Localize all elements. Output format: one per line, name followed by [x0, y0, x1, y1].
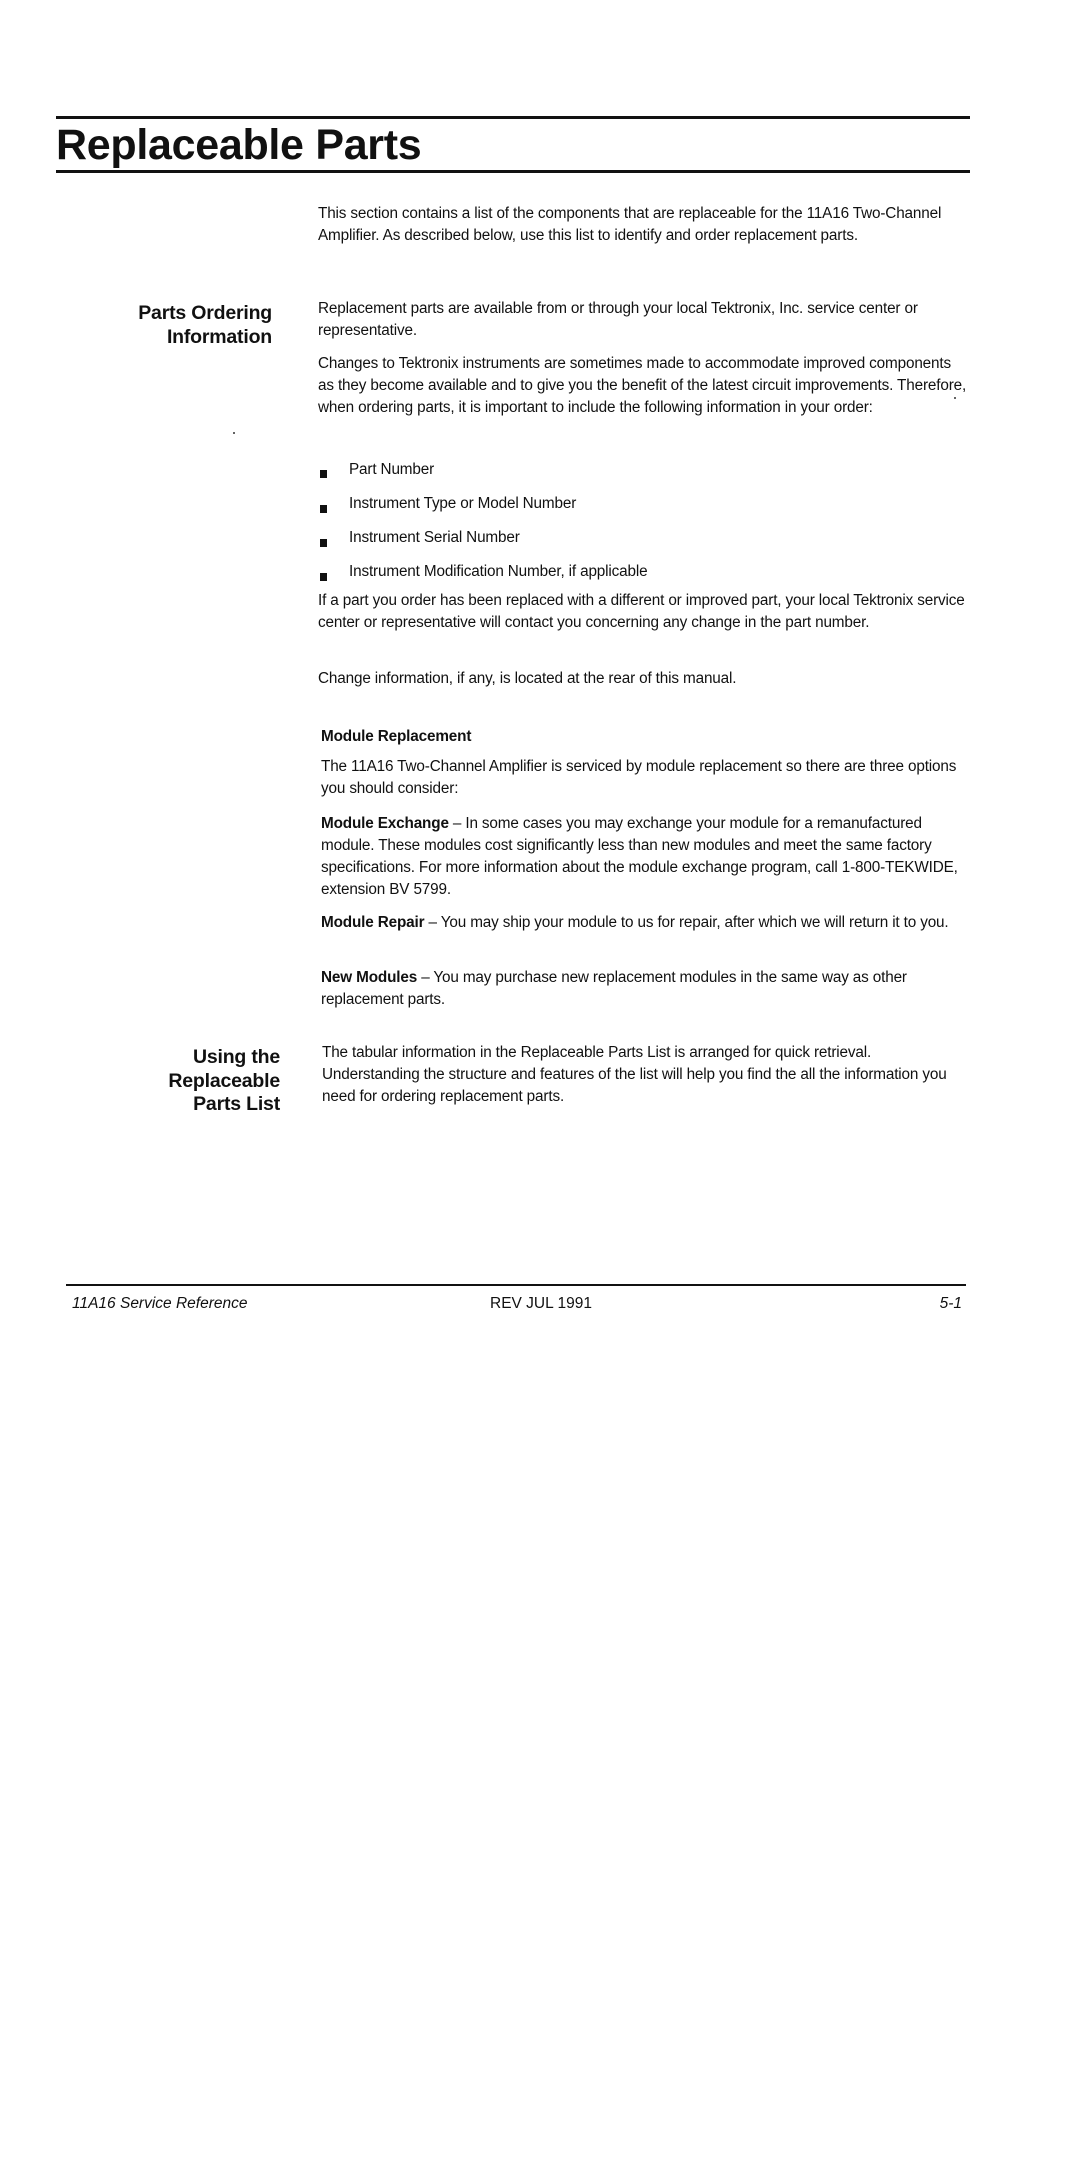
module-option-exchange: Module Exchange – In some cases you may …	[321, 813, 971, 901]
using-parts-list-paragraph: The tabular information in the Replaceab…	[322, 1042, 972, 1108]
footer-revision: REV JUL 1991	[490, 1293, 592, 1315]
footer-manual-title: 11A16 Service Reference	[72, 1293, 247, 1315]
bullet-icon	[320, 539, 327, 547]
parts-ordering-para-2: Changes to Tektronix instruments are som…	[318, 353, 968, 419]
parts-ordering-para-3: If a part you order has been replaced wi…	[318, 590, 968, 634]
module-option-repair: Module Repair – You may ship your module…	[321, 912, 971, 934]
option-label: New Modules	[321, 969, 417, 986]
parts-ordering-para-4: Change information, if any, is located a…	[318, 668, 968, 690]
module-replacement-intro: The 11A16 Two-Channel Amplifier is servi…	[321, 756, 971, 800]
heading-line: Using the	[40, 1046, 280, 1070]
heading-line: Information	[32, 326, 272, 350]
list-item: Instrument Serial Number	[349, 527, 520, 549]
heading-line: Parts Ordering	[32, 302, 272, 326]
list-item: Instrument Type or Model Number	[349, 493, 576, 515]
title-bottom-rule	[56, 170, 970, 173]
bullet-icon	[320, 470, 327, 478]
bullet-icon	[320, 505, 327, 513]
scan-speck	[954, 397, 956, 399]
heading-line: Parts List	[40, 1093, 280, 1117]
option-label: Module Exchange	[321, 815, 449, 832]
option-separator: –	[424, 914, 440, 931]
footer-rule	[66, 1284, 966, 1286]
section-heading-using-parts-list: Using the Replaceable Parts List	[40, 1046, 280, 1117]
option-label: Module Repair	[321, 914, 424, 931]
page-title: Replaceable Parts	[56, 115, 421, 175]
parts-ordering-para-1: Replacement parts are available from or …	[318, 298, 968, 342]
scan-speck	[233, 432, 235, 434]
section-heading-parts-ordering: Parts Ordering Information	[32, 302, 272, 349]
module-replacement-heading: Module Replacement	[321, 726, 971, 748]
option-separator: –	[417, 969, 433, 986]
module-option-new: New Modules – You may purchase new repla…	[321, 967, 971, 1011]
list-item: Instrument Modification Number, if appli…	[349, 561, 648, 583]
option-separator: –	[449, 815, 466, 832]
intro-paragraph: This section contains a list of the comp…	[318, 203, 968, 247]
heading-line: Replaceable	[40, 1070, 280, 1094]
option-text: You may ship your module to us for repai…	[441, 914, 949, 931]
bullet-icon	[320, 573, 327, 581]
footer-page-number: 5-1	[940, 1293, 962, 1315]
list-item: Part Number	[349, 459, 434, 481]
